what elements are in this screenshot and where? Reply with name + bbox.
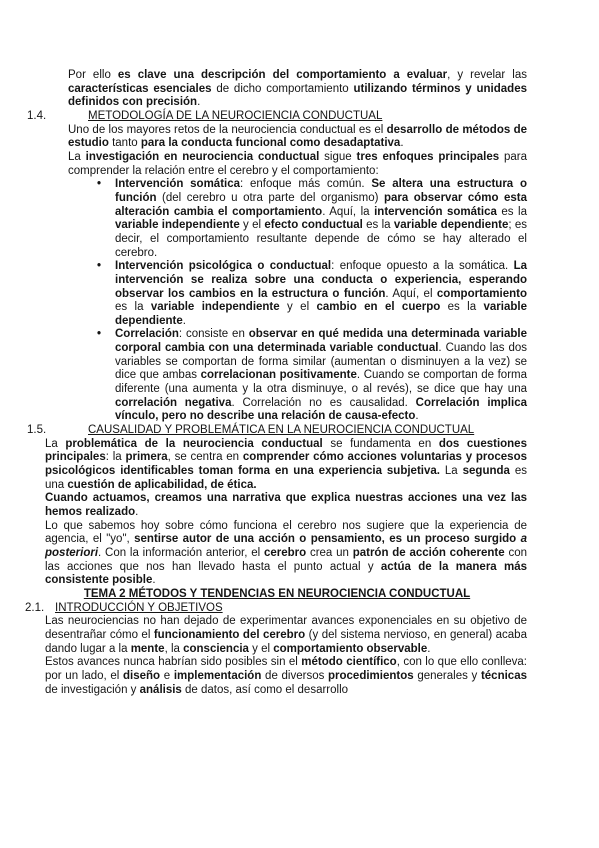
section-heading: 1.5.CAUSALIDAD Y PROBLEMÁTICA EN LA NEUR… <box>27 424 527 438</box>
text-run: de investigación y <box>45 684 140 696</box>
paragraph: La problemática de la neurociencia condu… <box>45 438 527 493</box>
text-run: de dicho comportamiento <box>212 83 354 95</box>
paragraph: Las neurociencias no han dejado de exper… <box>45 615 527 656</box>
text-run: (del cerebro u otra parte del organismo) <box>157 192 384 204</box>
text-run: La <box>68 151 86 163</box>
text-run: diseño <box>123 670 160 682</box>
paragraph: Uno de los mayores retos de la neurocien… <box>68 124 527 151</box>
text-run: : consiste en <box>179 328 249 340</box>
text-run: es la <box>115 301 151 313</box>
text-run: es clave una descripción del comportamie… <box>118 69 447 81</box>
text-run: y el <box>240 219 265 231</box>
text-run: : enfoque más común. <box>240 178 371 190</box>
text-run: Intervención psicológica o conductual <box>115 260 331 272</box>
text-run: . Aquí, la <box>322 206 374 218</box>
text-run: tanto <box>109 137 141 149</box>
paragraph: Estos avances nunca habrían sido posible… <box>45 656 527 697</box>
text-run: La <box>440 465 463 477</box>
text-run: se fundamenta en <box>323 438 439 450</box>
text-run: análisis <box>140 684 182 696</box>
text-run: variable independiente <box>151 301 280 313</box>
text-run: consciencia <box>183 643 249 655</box>
text-run: : enfoque opuesto a la somática. <box>331 260 513 272</box>
text-run: . Aquí, el <box>385 288 437 300</box>
text-run: . Con la información anterior, el <box>98 547 264 559</box>
paragraph: Lo que sabemos hoy sobre cómo funciona e… <box>45 520 527 588</box>
text-run: mente <box>131 643 165 655</box>
text-run: comportamiento <box>437 288 527 300</box>
text-run: técnicas <box>481 670 527 682</box>
text-run: , y revelar las <box>447 69 527 81</box>
text-run: para la conducta funcional como desadapt… <box>141 137 400 149</box>
text-run: La <box>45 438 65 450</box>
text-run: procedimientos <box>328 670 414 682</box>
bullet-icon: • <box>97 260 101 274</box>
text-run: implementación <box>174 670 262 682</box>
text-run: variable dependiente <box>394 219 509 231</box>
text-run: . <box>183 315 186 327</box>
paragraph: La investigación en neurociencia conduct… <box>68 151 527 178</box>
text-run: es la <box>363 219 394 231</box>
text-run: correlación negativa <box>115 397 231 409</box>
text-run: es la <box>497 206 527 218</box>
document-content: Por ello es clave una descripción del co… <box>0 0 599 697</box>
bullet-icon: • <box>97 328 101 342</box>
text-run: de datos, así como el desarrollo <box>182 684 348 696</box>
section-number: 1.4. <box>27 110 88 124</box>
text-run: y el <box>280 301 317 313</box>
text-run: primera <box>125 451 167 463</box>
text-run: . <box>415 410 418 422</box>
subsection-title: INTRODUCCIÓN Y OBJETIVOS <box>55 602 223 614</box>
text-run: es la <box>440 301 483 313</box>
document-page: Por ello es clave una descripción del co… <box>0 0 599 848</box>
text-run: . <box>400 137 403 149</box>
bullet-item: •Correlación: consiste en observar en qu… <box>115 328 527 424</box>
text-run: Correlación <box>115 328 179 340</box>
bullet-item: •Intervención somática: enfoque más comú… <box>115 178 527 260</box>
text-run: . Correlación no es causalidad. <box>231 397 415 409</box>
text-run: de diversos <box>261 670 328 682</box>
text-run: generales y <box>414 670 481 682</box>
text-run: cuestión de aplicabilidad, de ética. <box>67 479 256 491</box>
text-run: . <box>135 506 138 518</box>
text-run: , la <box>165 643 184 655</box>
chapter-heading: TEMA 2 MÉTODOS Y TENDENCIAS EN NEUROCIEN… <box>27 588 527 602</box>
text-run: . <box>152 574 155 586</box>
text-run: y el <box>249 643 273 655</box>
paragraph: Por ello es clave una descripción del co… <box>68 69 527 110</box>
text-run: cerebro <box>264 547 306 559</box>
text-run: , se centra en <box>168 451 243 463</box>
text-run: sentirse autor de una acción o pensamien… <box>134 533 520 545</box>
text-run: características esenciales <box>68 83 212 95</box>
text-run: correlacionan positivamente <box>201 369 357 381</box>
text-run: cambio en el cuerpo <box>317 301 441 313</box>
text-run: sigue <box>319 151 356 163</box>
section-title: CAUSALIDAD Y PROBLEMÁTICA EN LA NEUROCIE… <box>88 424 474 436</box>
text-run: investigación en neurociencia conductual <box>86 151 320 163</box>
text-run: segunda <box>463 465 510 477</box>
chapter-title: TEMA 2 MÉTODOS Y TENDENCIAS EN NEUROCIEN… <box>84 588 470 600</box>
bullet-item: •Intervención psicológica o conductual: … <box>115 260 527 328</box>
subsection-number: 2.1. <box>25 602 55 616</box>
text-run: . <box>427 643 430 655</box>
subsection-heading: 2.1.INTRODUCCIÓN Y OBJETIVOS <box>25 602 527 616</box>
section-number: 1.5. <box>27 424 88 438</box>
text-run: intervención somática <box>374 206 497 218</box>
bullet-icon: • <box>97 178 101 192</box>
text-run: . <box>197 96 200 108</box>
text-run: e <box>160 670 174 682</box>
text-run: método científico <box>301 656 396 668</box>
text-run: patrón de acción coherente <box>353 547 505 559</box>
text-run: comportamiento observable <box>273 643 427 655</box>
text-run: tres enfoques principales <box>357 151 500 163</box>
text-run: crea un <box>306 547 353 559</box>
text-run: problemática de la neurociencia conductu… <box>65 438 322 450</box>
text-run: variable independiente <box>115 219 240 231</box>
text-run: Intervención somática <box>115 178 240 190</box>
paragraph: Cuando actuamos, creamos una narrativa q… <box>45 492 527 519</box>
section-title: METODOLOGÍA DE LA NEUROCIENCIA CONDUCTUA… <box>88 110 382 122</box>
text-run: Uno de los mayores retos de la neurocien… <box>68 124 387 136</box>
section-heading: 1.4.METODOLOGÍA DE LA NEUROCIENCIA CONDU… <box>27 110 527 124</box>
text-run: efecto conductual <box>264 219 363 231</box>
text-run: Cuando actuamos, creamos una narrativa q… <box>45 492 527 518</box>
text-run: Por ello <box>68 69 118 81</box>
text-run: funcionamiento del cerebro <box>154 629 305 641</box>
text-run: : la <box>106 451 126 463</box>
text-run: Estos avances nunca habrían sido posible… <box>45 656 301 668</box>
